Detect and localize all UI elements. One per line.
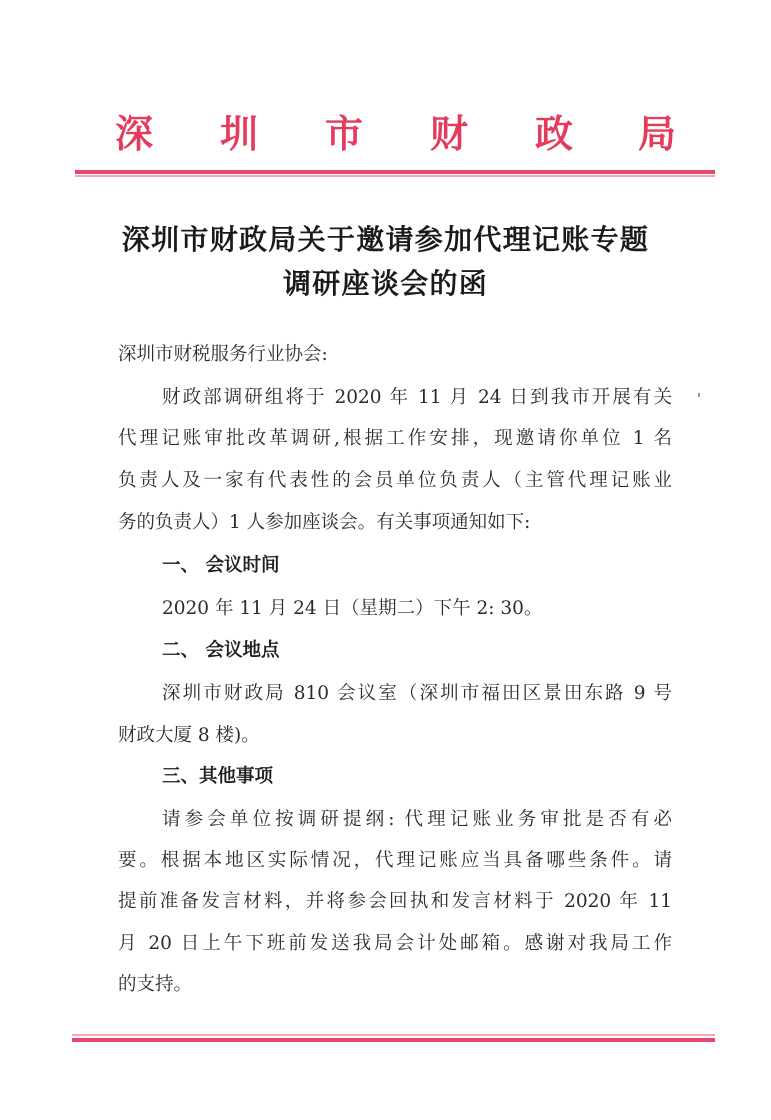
header-rule-thick (75, 170, 715, 174)
addressee: 深圳市财税服务行业协会: (118, 343, 328, 367)
section-other-text: 月 20 日上午下班前发送我局会计处邮箱。感谢对我局工作 (118, 932, 672, 956)
section-other-text: 请参会单位按调研提纲: 代理记账业务审批是否有必 (162, 808, 672, 832)
scan-artifact (698, 393, 700, 397)
section-other-text: 提前准备发言材料，并将参会回执和发言材料于 2020 年 11 (118, 890, 672, 914)
masthead-char: 财 (430, 108, 468, 160)
section-heading-location: 二、 会议地点 (162, 639, 279, 663)
masthead-char: 局 (638, 108, 676, 160)
intro-line: 财政部调研组将于 2020 年 11 月 24 日到我市开展有关 (162, 386, 672, 410)
masthead-char: 圳 (220, 108, 258, 160)
section-heading-time: 一、 会议时间 (162, 554, 279, 578)
intro-line: 务的负责人）1 人参加座谈会。有关事项通知如下: (118, 511, 530, 535)
intro-line: 代理记账审批改革调研,根据工作安排，现邀请你单位 1 名 (118, 427, 672, 451)
document-title-line2: 调研座谈会的函 (0, 262, 771, 302)
section-heading-other: 三、其他事项 (162, 765, 273, 789)
masthead-char: 政 (535, 108, 573, 160)
section-location-text: 财政大厦 8 楼)。 (118, 724, 260, 748)
section-time-text: 2020 年 11 月 24 日（星期二）下午 2: 30。 (162, 597, 542, 621)
section-other-text: 要。根据本地区实际情况，代理记账应当具备哪些条件。请 (118, 849, 672, 873)
section-other-text: 的支持。 (118, 973, 192, 997)
footer-rule-thick (72, 1038, 715, 1042)
intro-line: 负责人及一家有代表性的会员单位负责人（主管代理记账业 (118, 469, 672, 493)
header-rule-thin (75, 175, 715, 177)
section-location-text: 深圳市财政局 810 会议室（深圳市福田区景田东路 9 号 (162, 682, 672, 706)
masthead-char: 深 (115, 108, 153, 160)
masthead: 深 圳 市 财 政 局 (75, 108, 715, 160)
document-title-line1: 深圳市财政局关于邀请参加代理记账专题 (0, 218, 771, 258)
footer-rule-thin (72, 1034, 715, 1036)
masthead-char: 市 (325, 108, 363, 160)
